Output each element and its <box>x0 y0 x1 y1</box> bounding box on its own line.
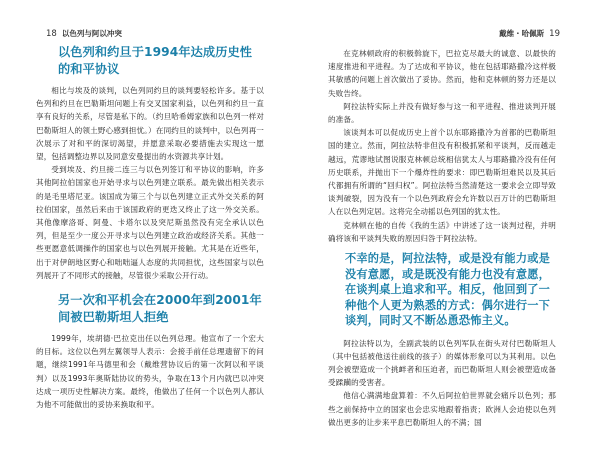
page-number: 19 <box>549 29 560 39</box>
right-page-body: 在克林顿政府的积极斡旋下，巴拉克尽最大的诚意、以最快的速度推进和平进程。为了达成… <box>328 47 556 429</box>
body-paragraph: 在克林顿政府的积极斡旋下，巴拉克尽最大的诚意、以最快的速度推进和平进程。为了达成… <box>328 47 556 100</box>
section-heading: 另一次和平机会在2000年到2001年间被巴勒斯坦人拒绝 <box>58 292 264 326</box>
body-paragraph: 阿拉法特实际上并没有做好参与这一和平进程、推进谈判开展的准备。 <box>328 100 556 126</box>
left-page-body: 以色列和约旦于1994年达成历史性的和平协议 相比与埃及的谈判，以色列同约旦的谈… <box>36 44 264 411</box>
spacer <box>36 282 264 292</box>
body-paragraph: 克林顿在他的自传《我的生活》中讲述了这一谈判过程，并明确将该和平谈判失败的原因归… <box>328 219 556 245</box>
running-head-right: 戴维・哈佩斯19 <box>499 28 560 39</box>
body-paragraph: 1999年，埃胡德·巴拉克出任以色列总理。他宣布了一个宏大的目标。这位以色列左翼… <box>36 332 264 411</box>
page-number: 18 <box>46 29 57 39</box>
left-page: 18以色列与阿以冲突 以色列和约旦于1994年达成历史性的和平协议 相比与埃及的… <box>0 0 300 463</box>
section-heading: 以色列和约旦于1994年达成历史性的和平协议 <box>58 44 264 78</box>
pull-quote: 不幸的是，阿拉法特，或是没有能力或是没有意愿，或是既没有能力也没有意愿，在谈判桌… <box>345 251 556 329</box>
body-paragraph: 该谈判本可以促成历史上首个以东耶路撒冷为首都的巴勒斯坦国的建立。然而，阿拉法特非… <box>328 126 556 218</box>
body-paragraph: 他信心满满地盘算着：不久后阿拉伯世界就会痛斥以色列；那些之前保持中立的国家也会忠… <box>328 389 556 429</box>
body-paragraph: 受到埃及、约旦接二连三与以色列签订和平协议的影响，许多其他阿拉伯国家也开始寻求与… <box>36 163 264 282</box>
running-head-author: 戴维・哈佩斯 <box>499 29 544 38</box>
running-head-title: 以色列与阿以冲突 <box>62 29 122 38</box>
body-paragraph: 阿拉法特以为，全副武装的以色列军队在街头对付巴勒斯坦人（其中包括被他送往前线的孩… <box>328 337 556 390</box>
right-page: 戴维・哈佩斯19 在克林顿政府的积极斡旋下，巴拉克尽最大的诚意、以最快的速度推进… <box>300 0 600 463</box>
running-head-left: 18以色列与阿以冲突 <box>46 28 122 39</box>
body-paragraph: 相比与埃及的谈判，以色列同约旦的谈判要轻松许多。基于以色列和约旦在巴勒斯坦问题上… <box>36 84 264 163</box>
